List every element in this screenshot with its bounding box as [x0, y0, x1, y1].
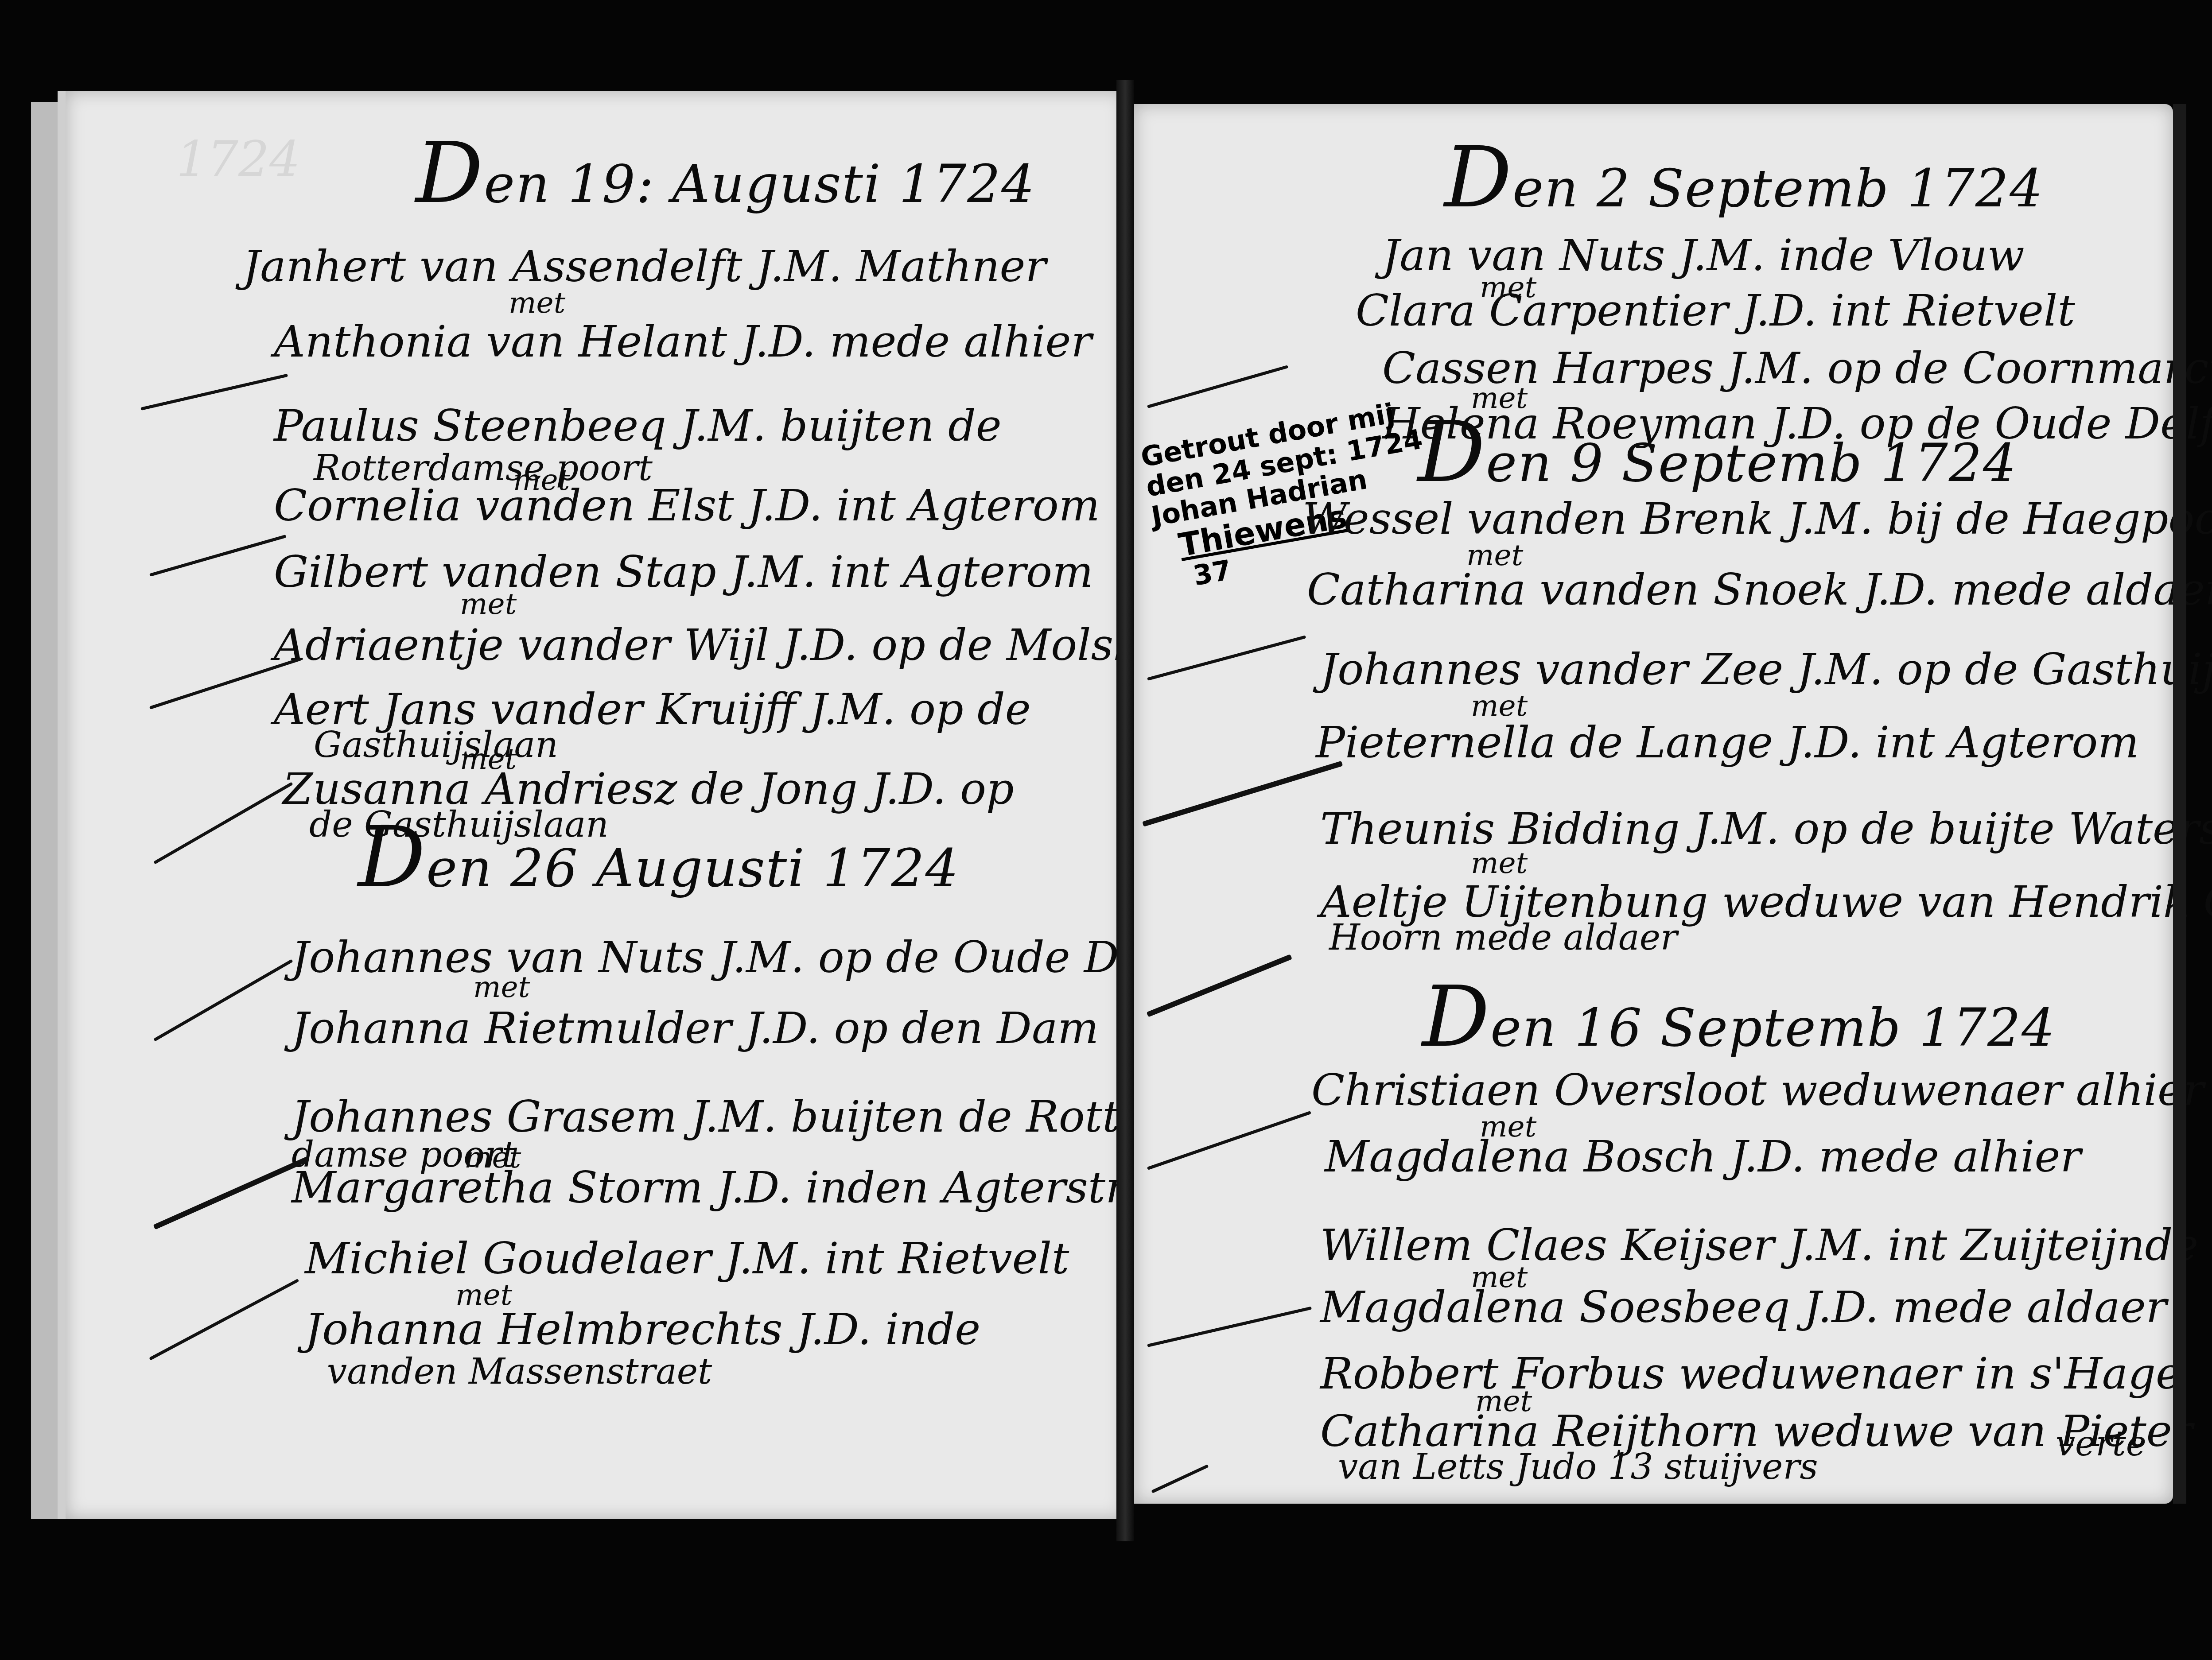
entry-separator-stroke [149, 1279, 299, 1361]
entry-separator-stroke [1147, 1111, 1311, 1170]
entry-separator-stroke [1147, 1307, 1312, 1347]
entry-separator-stroke [140, 374, 288, 411]
entry-separator-stroke [149, 535, 287, 577]
groom-entry: Johannes vander Zee J.M. op de Gasthuijs… [1320, 644, 2212, 695]
bride-entry: Magdalena Bosch J.D. mede alhier [1325, 1132, 2081, 1182]
date-heading: Den 19: Augusti 1724 [416, 124, 1035, 222]
met-connector: met [473, 970, 530, 1004]
left-page: 1724 Den 19: Augusti 1724 Janhert van As… [58, 91, 1124, 1519]
bride-entry: Cornelia vanden Elst J.D. int Agterom [274, 481, 1100, 531]
book-gutter [1116, 80, 1134, 1541]
date-heading: Den 9 Septemb 1724 [1418, 403, 2017, 501]
groom-entry-continuation: Gasthuijslaan [314, 724, 558, 765]
bride-entry-continuation: van Letts Judo 13 stuijvers [1338, 1446, 1818, 1487]
entry-separator-stroke [153, 959, 293, 1041]
groom-entry: Wessel vanden Brenk J.M. bij de Haegpoor… [1302, 494, 2212, 544]
groom-entry: Paulus Steenbeeq J.M. buijten de [274, 401, 1002, 451]
bride-entry: Pieternella de Lange J.D. int Agterom [1316, 718, 2139, 768]
entry-separator-stroke [1147, 365, 1288, 408]
bride-entry: Adriaentje vander Wijl J.D. op de Molsla… [274, 620, 1207, 671]
entry-separator-stroke [1142, 761, 1343, 827]
catchword-verte: verte [2056, 1424, 2146, 1464]
groom-entry: Janhert van Assendelft J.M. Mathner [243, 241, 1046, 292]
bride-entry-continuation: vanden Massenstraet [327, 1351, 712, 1392]
groom-entry: Johannes van Nuts J.M. op de Oude Delft [292, 932, 1192, 983]
entry-separator-stroke [1147, 954, 1292, 1017]
groom-entry: Christiaen Oversloot weduwenaer alhier [1311, 1065, 2204, 1116]
met-connector: met [509, 286, 565, 320]
page-edge-left [31, 102, 59, 1519]
entry-separator-stroke [1151, 1464, 1209, 1493]
groom-entry: Robbert Forbus weduwenaer in s'Hage [1320, 1349, 2181, 1399]
bride-entry: Johanna Helmbrechts J.D. inde [305, 1304, 980, 1355]
bride-entry: Catharina vanden Snoek J.D. mede aldaer [1307, 565, 2212, 615]
entry-separator-stroke [153, 1156, 309, 1230]
bride-entry-continuation: Hoorn mede aldaer [1329, 917, 1677, 958]
bride-entry: Anthonia van Helant J.D. mede alhier [274, 317, 1092, 367]
groom-entry: Willem Claes Keijser J.M. int Zuijteijnd… [1320, 1220, 2198, 1271]
bride-entry: Magdalena Soesbeeq J.D. mede aldaer [1320, 1282, 2167, 1333]
entry-separator-stroke [1147, 635, 1306, 681]
groom-entry: Jan van Nuts J.M. inde Vlouw [1382, 230, 2025, 281]
bleed-through-header: 1724 [176, 131, 300, 187]
entry-separator-stroke [153, 782, 293, 864]
date-heading: Den 16 Septemb 1724 [1422, 968, 2056, 1066]
right-page: Den 2 Septemb 1724 Jan van Nuts J.M. ind… [1134, 104, 2173, 1504]
met-connector: met [1471, 846, 1528, 880]
bride-entry: Margaretha Storm J.D. inden Agterstraet [292, 1163, 1195, 1213]
met-connector: met [460, 587, 517, 621]
groom-entry: Theunis Bidding J.M. op de buijte Waters… [1320, 804, 2212, 854]
date-heading: Den 26 Augusti 1724 [358, 808, 960, 906]
date-heading: Den 2 Septemb 1724 [1444, 128, 2044, 226]
groom-entry: Gilbert vanden Stap J.M. int Agterom [274, 547, 1093, 597]
page-edge-right [2173, 104, 2186, 1504]
bride-entry: Clara Carpentier J.D. int Rietvelt [1356, 286, 2075, 336]
groom-entry: Michiel Goudelaer J.M. int Rietvelt [305, 1233, 1069, 1284]
bride-entry: Johanna Rietmulder J.D. op den Dam [292, 1003, 1099, 1054]
